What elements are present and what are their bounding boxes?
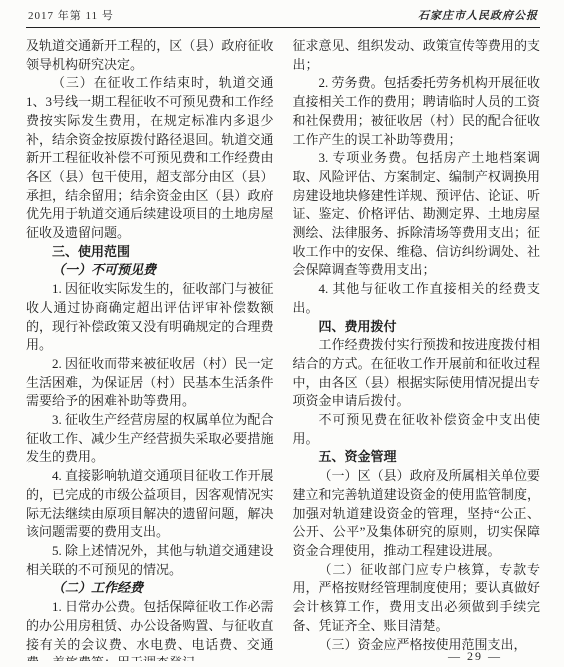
sub-heading: （一）不可预见费 — [26, 261, 274, 280]
sub-heading: （二）工作经费 — [26, 579, 274, 598]
paragraph: 及轨道交通新开工程的，区（县）政府征收领导机构研究决定。 — [26, 37, 274, 74]
section-heading: 三、使用范围 — [26, 243, 274, 262]
paragraph: 1. 因征收实际发生的，征收部门与被征收人通过协商确定超出评估评审补偿数额的，现… — [26, 280, 274, 355]
running-head: 2017 年第 11 号 石家庄市人民政府公报 — [26, 5, 540, 28]
page-number: — 29 — — [448, 649, 502, 664]
paragraph: 4. 直接影响轨道交通项目征收工作开展的，已完成的市级公益项目，因客观情况实际无… — [26, 467, 274, 542]
gazette-page: 2017 年第 11 号 石家庄市人民政府公报 及轨道交通新开工程的，区（县）政… — [0, 0, 564, 667]
paragraph: 不可预见费在征收补偿资金中支出使用。 — [293, 411, 541, 448]
paragraph: 2. 劳务费。包括委托劳务机构开展征收直接相关工作的费用；聘请临时人员的工资和社… — [293, 74, 541, 149]
left-column: 及轨道交通新开工程的，区（县）政府征收领导机构研究决定。 （三）在征收工作结束时… — [26, 37, 274, 661]
paragraph: 2. 因征收而带来被征收居（村）民一定生活困难，为保证居（村）民基本生活条件需要… — [26, 355, 274, 411]
paragraph: 4. 其他与征收工作直接相关的经费支出。 — [293, 280, 541, 317]
paragraph: 3. 征收生产经营房屋的权属单位为配合征收工作、减少生产经营损失采取必要措施发生… — [26, 411, 274, 467]
paragraph: 1. 日常办公费。包括保障征收工作必需的办公用房租赁、办公设备购置、与征收直接有… — [26, 598, 274, 661]
publication-title: 石家庄市人民政府公报 — [418, 7, 538, 23]
paragraph: （三）资金应严格按使用范围支出， — [293, 636, 541, 655]
paragraph: 工作经费拨付实行预拨和按进度拨付相结合的方式。在征收工作开展前和征收过程中，由各… — [293, 336, 541, 411]
section-heading: 四、费用拨付 — [293, 318, 541, 337]
paragraph: 5. 除上述情况外，其他与轨道交通建设相关联的不可预见的情况。 — [26, 542, 274, 579]
paragraph: 3. 专项业务费。包括房产土地档案调取、风险评估、方案制定、编制产权调换用房建设… — [293, 149, 541, 280]
text-columns: 及轨道交通新开工程的，区（县）政府征收领导机构研究决定。 （三）在征收工作结束时… — [26, 37, 540, 661]
section-heading: 五、资金管理 — [293, 448, 541, 467]
paragraph: （三）在征收工作结束时，轨道交通1、3号线一期工程征收不可预见费和工作经费按实际… — [26, 74, 274, 242]
right-column: 征求意见、组织发动、政策宣传等费用的支出； 2. 劳务费。包括委托劳务机构开展征… — [293, 37, 541, 661]
paragraph: （二）征收部门应专户核算，专款专用，严格按财经管理制度使用；要认真做好会计核算工… — [293, 561, 541, 636]
issue-number: 2017 年第 11 号 — [28, 7, 114, 23]
paragraph: 征求意见、组织发动、政策宣传等费用的支出； — [293, 37, 541, 74]
paragraph: （一）区（县）政府及所属相关单位要建立和完善轨道建设资金的使用监管制度，加强对轨… — [293, 467, 541, 561]
